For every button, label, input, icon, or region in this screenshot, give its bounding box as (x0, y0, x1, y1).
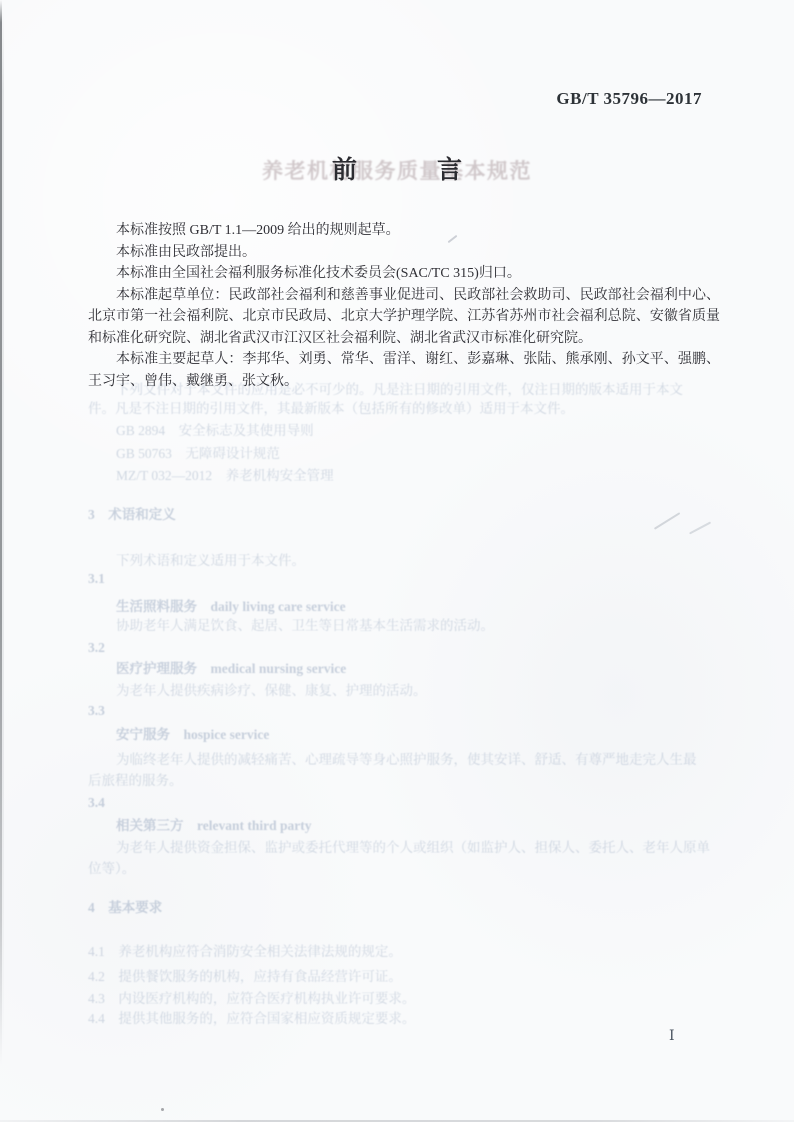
bleedthrough-line: 后旅程的服务。 (88, 772, 183, 790)
bleedthrough-line: GB 50763 无障碍设计规范 (116, 445, 280, 463)
bleedthrough-line: 3.2 (88, 639, 105, 657)
bleedthrough-line: 安宁服务 hospice service (116, 726, 269, 744)
bleedthrough-line: 相关第三方 relevant third party (116, 817, 312, 835)
bleedthrough-line: 位等）。 (88, 860, 135, 878)
bleedthrough-line: 4.2 提供餐饮服务的机构，应持有食品经营许可证。 (88, 968, 402, 986)
bleedthrough-line: 3 术语和定义 (88, 506, 176, 524)
bleedthrough-line: 为临终老年人提供的减轻痛苦、心理疏导等身心照护服务，使其安详、舒适、有尊严地走完… (116, 751, 697, 769)
scan-speck (161, 1108, 164, 1111)
bleedthrough-line: 为老年人提供疾病诊疗、保健、康复、护理的活动。 (116, 682, 427, 700)
foreword-title: 前 言 (0, 150, 794, 186)
foreword-body: 本标准按照 GB/T 1.1—2009 给出的规则起草。本标准由民政部提出。本标… (88, 220, 720, 392)
bleedthrough-line: 4.1 养老机构应符合消防安全相关法律法规的规定。 (88, 943, 402, 961)
bleedthrough-line: MZ/T 032—2012 养老机构安全管理 (116, 467, 334, 485)
foreword-paragraph: 本标准主要起草人：李邦华、刘勇、常华、雷洋、谢红、彭嘉琳、张陆、熊承刚、孙文平、… (88, 349, 720, 392)
scan-mark-stroke-1 (654, 512, 680, 529)
bleedthrough-line: 医疗护理服务 medical nursing service (116, 660, 346, 678)
document-page: 养老机构服务质量基本规范 下列文件对于本文件的应用是必不可少的。凡是注日期的引用… (0, 0, 794, 1122)
bleedthrough-line: 协助老年人满足饮食、起居、卫生等日常基本生活需求的活动。 (116, 617, 494, 635)
page-number: Ⅰ (669, 1028, 676, 1045)
bleedthrough-line: 生活照料服务 daily living care service (116, 598, 346, 616)
foreword-paragraph: 本标准按照 GB/T 1.1—2009 给出的规则起草。 (88, 220, 720, 242)
foreword-title-char-1: 前 (332, 150, 357, 186)
standard-code: GB/T 35796—2017 (556, 89, 702, 109)
scan-mark-stroke-2 (689, 521, 711, 534)
bleedthrough-line: 3.3 (88, 702, 105, 720)
bleedthrough-line: 4 基本要求 (88, 899, 162, 917)
foreword-paragraph: 本标准起草单位：民政部社会福利和慈善事业促进司、民政部社会救助司、民政部社会福利… (88, 285, 720, 350)
foreword-paragraph: 本标准由全国社会福利服务标准化技术委员会(SAC/TC 315)归口。 (88, 263, 720, 285)
bleedthrough-line: 4.3 内设医疗机构的，应符合医疗机构执业许可要求。 (88, 990, 415, 1008)
bleedthrough-line: 为老年人提供资金担保、监护或委托代理等的个人或组织（如监护人、担保人、委托人、老… (116, 839, 710, 857)
bleedthrough-line: 件。凡是不注日期的引用文件，其最新版本（包括所有的修改单）适用于本文件。 (88, 400, 574, 418)
bleedthrough-line: GB 2894 安全标志及其使用导则 (116, 422, 314, 440)
bleedthrough-line: 4.4 提供其他服务的，应符合国家相应资质规定要求。 (88, 1010, 415, 1028)
foreword-title-char-2: 言 (437, 150, 462, 186)
bleedthrough-line: 3.1 (88, 570, 105, 588)
bleedthrough-line: 下列术语和定义适用于本文件。 (116, 552, 305, 570)
foreword-paragraph: 本标准由民政部提出。 (88, 242, 720, 264)
bleedthrough-line: 3.4 (88, 794, 105, 812)
